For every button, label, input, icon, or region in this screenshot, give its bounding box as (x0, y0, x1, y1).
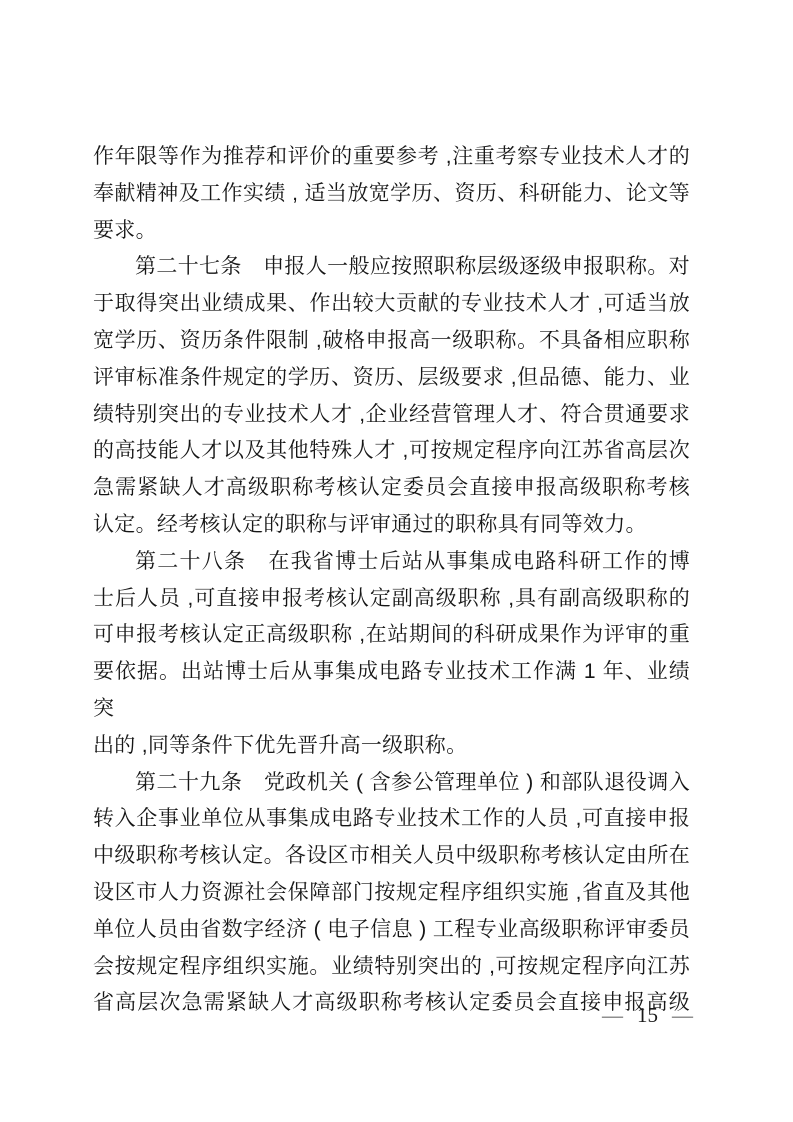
text-line: 宽学历、资历条件限制 ,破格申报高一级职称。不具备相应职称 (93, 323, 690, 360)
text-line: 于取得突出业绩成果、作出较大贡献的专业技术人才 ,可适当放 (93, 286, 690, 323)
text-line: 士后人员 ,可直接申报考核认定副高级职称 ,具有副高级职称的 (93, 581, 690, 618)
text-line: 可申报考核认定正高级职称 ,在站期间的科研成果作为评审的重 (93, 617, 690, 654)
footer-dash-right: — (672, 1003, 693, 1027)
text-line: 要求。 (93, 213, 690, 250)
text-line: 评审标准条件规定的学历、资历、层级要求 ,但品德、能力、业 (93, 360, 690, 397)
text-line: 急需紧缺人才高级职称考核认定委员会直接申报高级职称考核 (93, 470, 690, 507)
text-line: 认定。经考核认定的职称与评审通过的职称具有同等效力。 (93, 507, 690, 544)
text-line: 转入企事业单位从事集成电路专业技术工作的人员 ,可直接申报 (93, 801, 690, 838)
text-line-article-27: 第二十七条 申报人一般应按照职称层级逐级申报职称。对 (93, 249, 690, 286)
text-line: 省高层次急需紧缺人才高级职称考核认定委员会直接申报高级 (93, 985, 690, 1022)
text-line: 出的 ,同等条件下优先晋升高一级职称。 (93, 728, 690, 765)
text-line: 绩特别突出的专业技术人才 ,企业经营管理人才、符合贯通要求 (93, 397, 690, 434)
text-line: 设区市人力资源社会保障部门按规定程序组织实施 ,省直及其他 (93, 875, 690, 912)
text-line-article-28: 第二十八条 在我省博士后站从事集成电路科研工作的博 (93, 544, 690, 581)
text-line: 的高技能人才以及其他特殊人才 ,可按规定程序向江苏省高层次 (93, 433, 690, 470)
text-line: 单位人员由省数字经济 ( 电子信息 ) 工程专业高级职称评审委员 (93, 912, 690, 949)
text-line: 会按规定程序组织实施。业绩特别突出的 ,可按规定程序向江苏 (93, 949, 690, 986)
text-line: 要依据。出站博士后从事集成电路专业技术工作满 1 年、业绩突 (93, 654, 690, 728)
text-line: 中级职称考核认定。各设区市相关人员中级职称考核认定由所在 (93, 838, 690, 875)
document-page: 作年限等作为推荐和评价的重要参考 ,注重考察专业技术人才的 奉献精神及工作实绩 … (0, 0, 793, 1122)
text-line: 作年限等作为推荐和评价的重要参考 ,注重考察专业技术人才的 (93, 139, 690, 176)
page-body: 作年限等作为推荐和评价的重要参考 ,注重考察专业技术人才的 奉献精神及工作实绩 … (93, 139, 690, 1022)
page-footer: —15— (602, 1000, 693, 1030)
text-line-article-29: 第二十九条 党政机关 ( 含参公管理单位 ) 和部队退役调入 (93, 765, 690, 802)
page-number: 15 (637, 1000, 658, 1030)
footer-dash-left: — (602, 1003, 623, 1027)
text-line: 奉献精神及工作实绩 , 适当放宽学历、资历、科研能力、论文等 (93, 176, 690, 213)
